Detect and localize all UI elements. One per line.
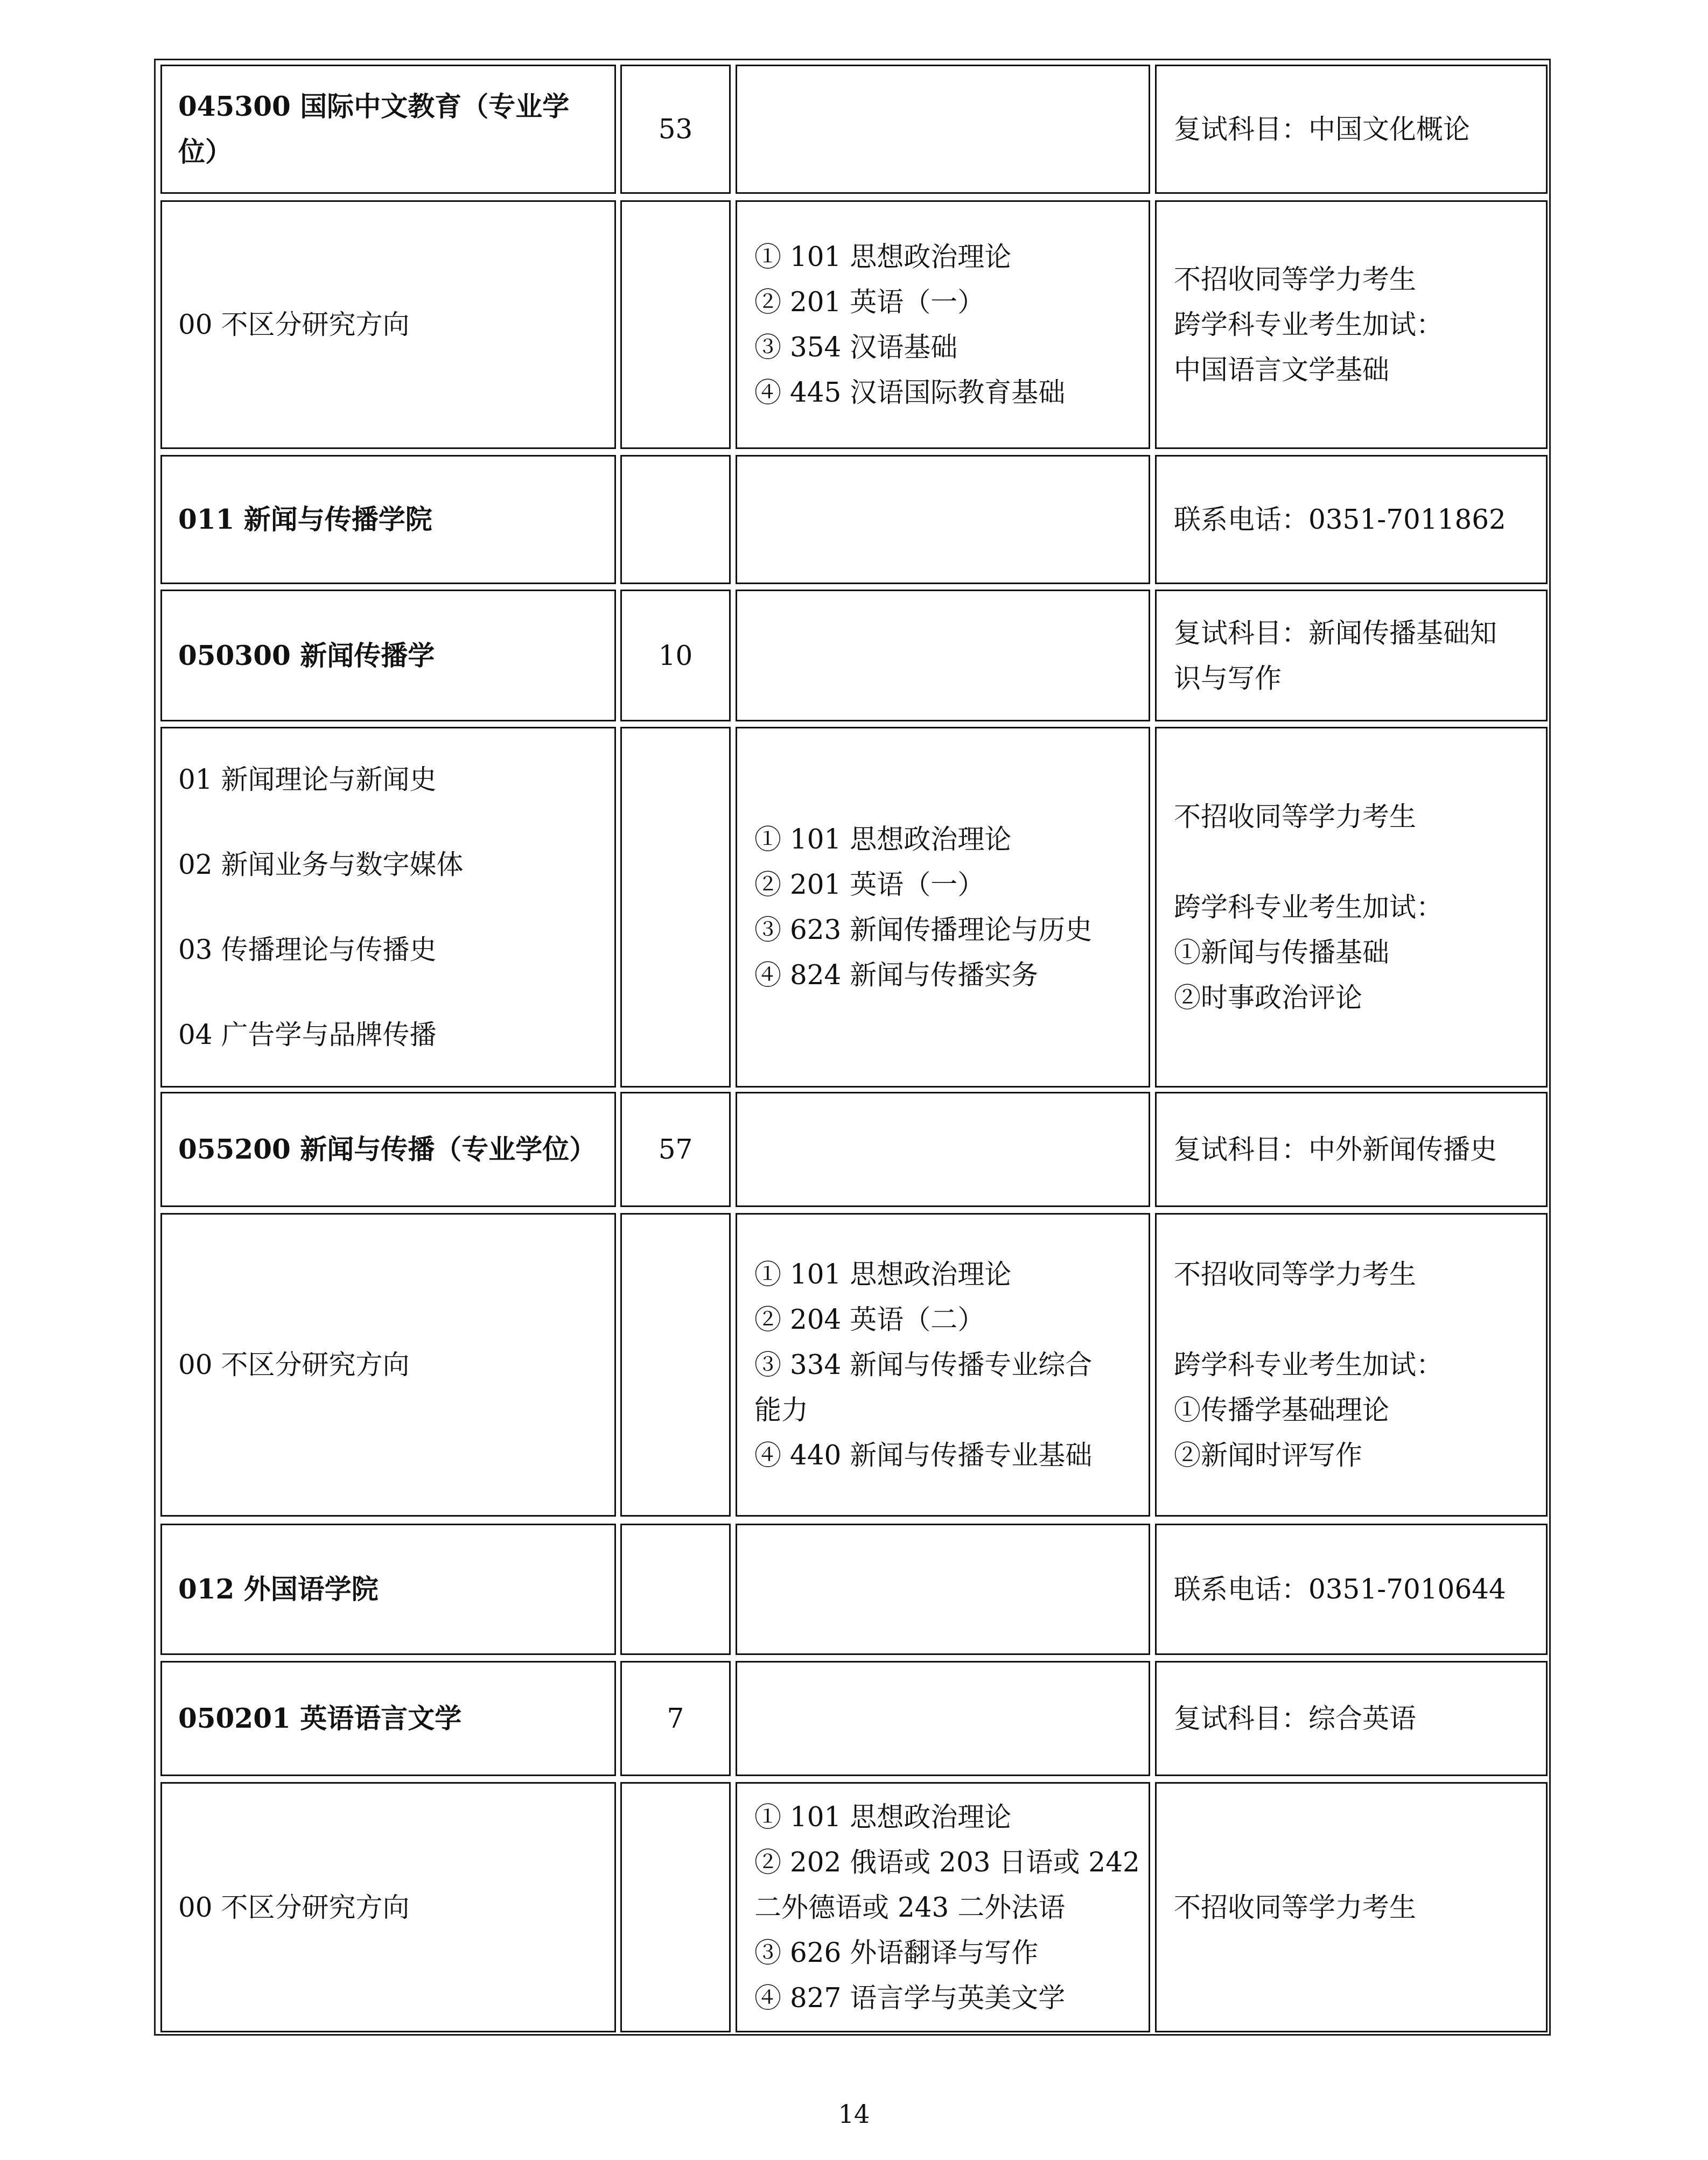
remarks-cell: 联系电话：0351-7010644: [1155, 1524, 1548, 1655]
remark-item: 不招收同等学力考生: [1174, 794, 1443, 839]
quota-cell: 10: [620, 590, 731, 721]
contact-phone: 联系电话：0351-7011862: [1174, 497, 1506, 542]
quota-cell: [620, 1782, 731, 2032]
spacer: [1174, 1297, 1443, 1342]
exam-item: ① 101 思想政治理论: [754, 817, 1092, 862]
direction-item: 00 不区分研究方向: [178, 302, 410, 347]
remarks-cell: 联系电话：0351-7011862: [1155, 455, 1548, 584]
major-name-cell: 050300 新闻传播学: [160, 590, 616, 721]
exam-item: ② 201 英语（一）: [754, 279, 1065, 325]
exam-item-continued: 能力: [754, 1387, 1092, 1433]
major-name-cell: 050201 英语语言文学: [160, 1661, 616, 1776]
exam-cell: [736, 1092, 1150, 1207]
quota-value: 57: [659, 1127, 693, 1172]
college-name: 012 外国语学院: [178, 1567, 379, 1612]
major-name-cell: 055200 新闻与传播（专业学位）: [160, 1092, 616, 1207]
remark-item: ①新闻与传播基础: [1174, 930, 1443, 975]
retest-subject-line1: 复试科目：新闻传播基础知: [1174, 611, 1497, 656]
exam-item: ① 101 思想政治理论: [754, 1252, 1092, 1297]
exam-item: ④ 440 新闻与传播专业基础: [754, 1433, 1092, 1478]
exam-item-continued: 二外德语或 243 二外法语: [754, 1885, 1140, 1930]
direction-item: 04 广告学与品牌传播: [178, 1012, 464, 1057]
college-name-cell: 012 外国语学院: [160, 1524, 616, 1655]
quota-cell: [620, 1213, 731, 1517]
remark-item: ②新闻时评写作: [1174, 1433, 1443, 1478]
exam-item: ② 201 英语（一）: [754, 862, 1092, 907]
quota-cell: 7: [620, 1661, 731, 1776]
exam-cell: ① 101 思想政治理论 ② 204 英语（二） ③ 334 新闻与传播专业综合…: [736, 1213, 1150, 1517]
quota-value: 10: [659, 633, 693, 678]
exam-cell: [736, 1524, 1150, 1655]
remark-item: 中国语言文学基础: [1174, 347, 1443, 392]
quota-value: 53: [659, 107, 693, 152]
remark-item: 不招收同等学力考生: [1174, 257, 1443, 302]
exam-cell: [736, 455, 1150, 584]
major-name-line2: 位）: [178, 129, 569, 174]
remarks-cell: 不招收同等学力考生 跨学科专业考生加试： ①传播学基础理论 ②新闻时评写作: [1155, 1213, 1548, 1517]
quota-cell: [620, 1524, 731, 1655]
college-name: 011 新闻与传播学院: [178, 497, 432, 542]
quota-cell: 53: [620, 65, 731, 194]
spacer: [1174, 839, 1443, 885]
page-number: 14: [0, 2100, 1708, 2129]
exam-item: ③ 334 新闻与传播专业综合: [754, 1342, 1092, 1387]
exam-cell: [736, 590, 1150, 721]
direction-item: 00 不区分研究方向: [178, 1342, 410, 1387]
remarks-cell: 不招收同等学力考生 跨学科专业考生加试： ①新闻与传播基础 ②时事政治评论: [1155, 727, 1548, 1088]
direction-item: 01 新闻理论与新闻史: [178, 757, 464, 802]
remark-item: 跨学科专业考生加试：: [1174, 302, 1443, 347]
retest-subject-line2: 识与写作: [1174, 656, 1497, 701]
direction-item: 00 不区分研究方向: [178, 1885, 410, 1930]
exam-item: ③ 354 汉语基础: [754, 325, 1065, 370]
direction-cell: 00 不区分研究方向: [160, 1782, 616, 2032]
exam-cell: ① 101 思想政治理论 ② 201 英语（一） ③ 354 汉语基础 ④ 44…: [736, 200, 1150, 449]
remark-item: 跨学科专业考生加试：: [1174, 1342, 1443, 1387]
exam-cell: [736, 1661, 1150, 1776]
exam-item: ④ 827 语言学与英美文学: [754, 1975, 1140, 2021]
remarks-cell: 复试科目：新闻传播基础知 识与写作: [1155, 590, 1548, 721]
direction-cell: 01 新闻理论与新闻史 02 新闻业务与数字媒体 03 传播理论与传播史 04 …: [160, 727, 616, 1088]
major-name: 050201 英语语言文学: [178, 1696, 461, 1741]
contact-phone: 联系电话：0351-7010644: [1174, 1567, 1506, 1612]
exam-cell: ① 101 思想政治理论 ② 201 英语（一） ③ 623 新闻传播理论与历史…: [736, 727, 1150, 1088]
direction-item: 02 新闻业务与数字媒体: [178, 842, 464, 887]
quota-value: 7: [667, 1696, 684, 1741]
exam-item: ② 204 英语（二）: [754, 1297, 1092, 1342]
college-name-cell: 011 新闻与传播学院: [160, 455, 616, 584]
retest-subject: 复试科目：中外新闻传播史: [1174, 1127, 1497, 1172]
exam-item: ③ 626 外语翻译与写作: [754, 1930, 1140, 1975]
quota-cell: [620, 455, 731, 584]
remark-item: 不招收同等学力考生: [1174, 1252, 1443, 1297]
quota-cell: 57: [620, 1092, 731, 1207]
major-name-cell: 045300 国际中文教育（专业学 位）: [160, 65, 616, 194]
remark-item: ①传播学基础理论: [1174, 1387, 1443, 1433]
exam-item: ③ 623 新闻传播理论与历史: [754, 907, 1092, 952]
remarks-cell: 复试科目：中国文化概论: [1155, 65, 1548, 194]
major-name: 055200 新闻与传播（专业学位）: [178, 1127, 596, 1172]
remark-item: 跨学科专业考生加试：: [1174, 885, 1443, 930]
exam-cell: [736, 65, 1150, 194]
retest-subject: 复试科目：中国文化概论: [1174, 107, 1470, 152]
retest-subject: 复试科目：综合英语: [1174, 1696, 1416, 1741]
exam-cell: ① 101 思想政治理论 ② 202 俄语或 203 日语或 242 二外德语或…: [736, 1782, 1150, 2032]
remark-item: 不招收同等学力考生: [1174, 1885, 1416, 1930]
exam-item: ④ 445 汉语国际教育基础: [754, 370, 1065, 415]
quota-cell: [620, 200, 731, 449]
major-name: 050300 新闻传播学: [178, 633, 435, 678]
direction-cell: 00 不区分研究方向: [160, 1213, 616, 1517]
direction-cell: 00 不区分研究方向: [160, 200, 616, 449]
direction-item: 03 传播理论与传播史: [178, 927, 464, 972]
exam-item: ② 202 俄语或 203 日语或 242: [754, 1840, 1140, 1885]
remark-item: ②时事政治评论: [1174, 975, 1443, 1020]
remarks-cell: 复试科目：综合英语: [1155, 1661, 1548, 1776]
remarks-cell: 不招收同等学力考生: [1155, 1782, 1548, 2032]
quota-cell: [620, 727, 731, 1088]
remarks-cell: 复试科目：中外新闻传播史: [1155, 1092, 1548, 1207]
exam-item: ① 101 思想政治理论: [754, 1794, 1140, 1840]
exam-item: ④ 824 新闻与传播实务: [754, 952, 1092, 998]
major-name-line1: 045300 国际中文教育（专业学: [178, 84, 569, 129]
exam-item: ① 101 思想政治理论: [754, 234, 1065, 279]
remarks-cell: 不招收同等学力考生 跨学科专业考生加试： 中国语言文学基础: [1155, 200, 1548, 449]
